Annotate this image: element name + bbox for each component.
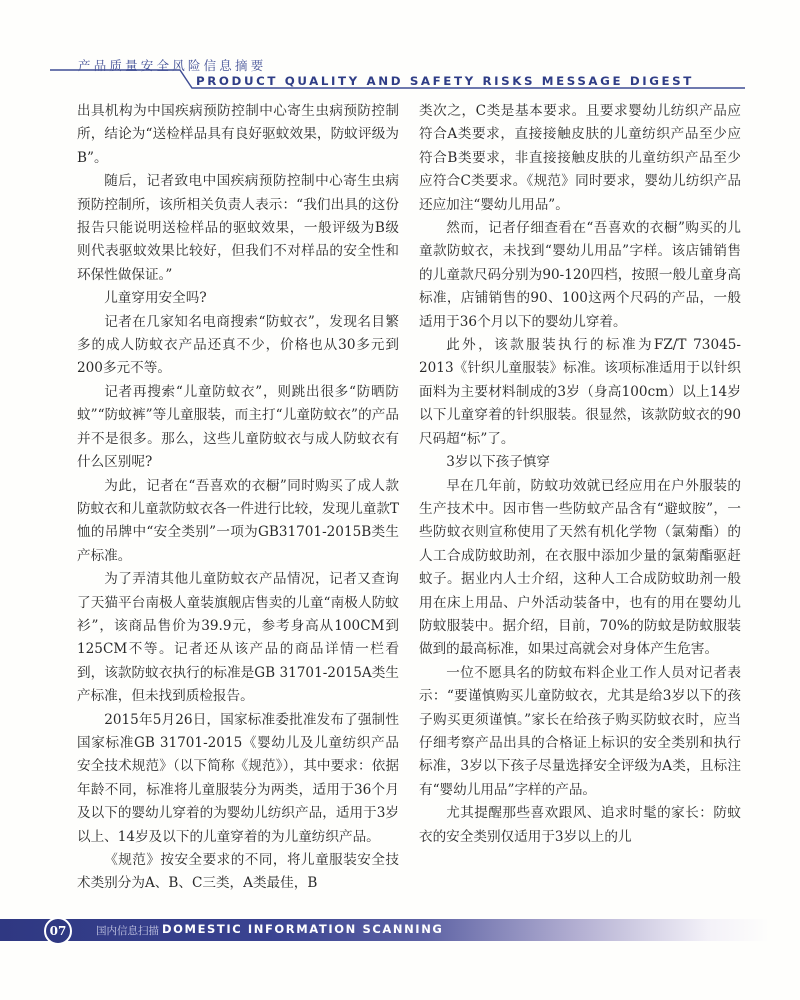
article-paragraph: 为此，记者在“吾喜欢的衣橱”同时购买了成人款防蚊衣和儿童款防蚊衣各一件进行比较，… bbox=[77, 475, 399, 569]
page-number: 07 bbox=[44, 917, 72, 945]
footer-section-en: DOMESTIC INFORMATION SCANNING bbox=[162, 922, 443, 936]
article-subheading: 儿童穿用安全吗? bbox=[77, 287, 399, 310]
article-paragraph: 出具机构为中国疾病预防控制中心寄生虫病预防控制所，结论为“送检样品具有良好驱蚊效… bbox=[77, 100, 399, 170]
article-paragraph: 一位不愿具名的防蚊布料企业工作人员对记者表示：“要谨慎购买儿童防蚊衣，尤其是给3… bbox=[419, 662, 741, 802]
page-footer: 07 国内信息扫描 DOMESTIC INFORMATION SCANNING bbox=[0, 919, 800, 941]
article-paragraph: 记者再搜索“儿童防蚊衣”，则跳出很多“防晒防蚊”“防蚊裤”等儿童服装，而主打“儿… bbox=[77, 381, 399, 475]
header-title-en: PRODUCT QUALITY AND SAFETY RISKS MESSAGE… bbox=[196, 74, 694, 88]
article-paragraph: 早在几年前，防蚊功效就已经应用在户外服装的生产技术中。因市售一些防蚊产品含有“避… bbox=[419, 475, 741, 662]
article-paragraph: 尤其提醒那些喜欢跟风、追求时髦的家长：防蚊衣的安全类别仅适用于3岁以上的儿 bbox=[419, 802, 741, 849]
article-paragraph: 记者在几家知名电商搜索“防蚊衣”，发现名目繁多的成人防蚊衣产品还真不少，价格也从… bbox=[77, 311, 399, 381]
article-right-column: 类次之，C类是基本要求。且要求婴幼儿纺织产品应符合A类要求，直接接触皮肤的儿童纺… bbox=[419, 100, 741, 849]
article-paragraph: 2015年5月26日，国家标准委批准发布了强制性国家标准GB 31701-201… bbox=[77, 709, 399, 849]
article-paragraph: 为了弄清其他儿童防蚊衣产品情况，记者又查询了天猫平台南极人童装旗舰店售卖的儿童“… bbox=[77, 568, 399, 708]
article-paragraph: 此外，该款服装执行的标准为FZ/T 73045-2013《针织儿童服装》标准。该… bbox=[419, 334, 741, 451]
article-paragraph: 《规范》按安全要求的不同，将儿童服装安全技术类别分为A、B、C三类，A类最佳，B bbox=[77, 849, 399, 896]
article-subheading: 3岁以下孩子慎穿 bbox=[419, 451, 741, 474]
article-paragraph: 然而，记者仔细查看在“吾喜欢的衣橱”购买的儿童款防蚊衣，未找到“婴幼儿用品”字样… bbox=[419, 217, 741, 334]
article-paragraph: 随后，记者致电中国疾病预防控制中心寄生虫病预防控制所，该所相关负责人表示：“我们… bbox=[77, 170, 399, 287]
article-left-column: 出具机构为中国疾病预防控制中心寄生虫病预防控制所，结论为“送检样品具有良好驱蚊效… bbox=[77, 100, 399, 896]
article-paragraph: 类次之，C类是基本要求。且要求婴幼儿纺织产品应符合A类要求，直接接触皮肤的儿童纺… bbox=[419, 100, 741, 217]
footer-section-cn: 国内信息扫描 bbox=[96, 923, 159, 938]
